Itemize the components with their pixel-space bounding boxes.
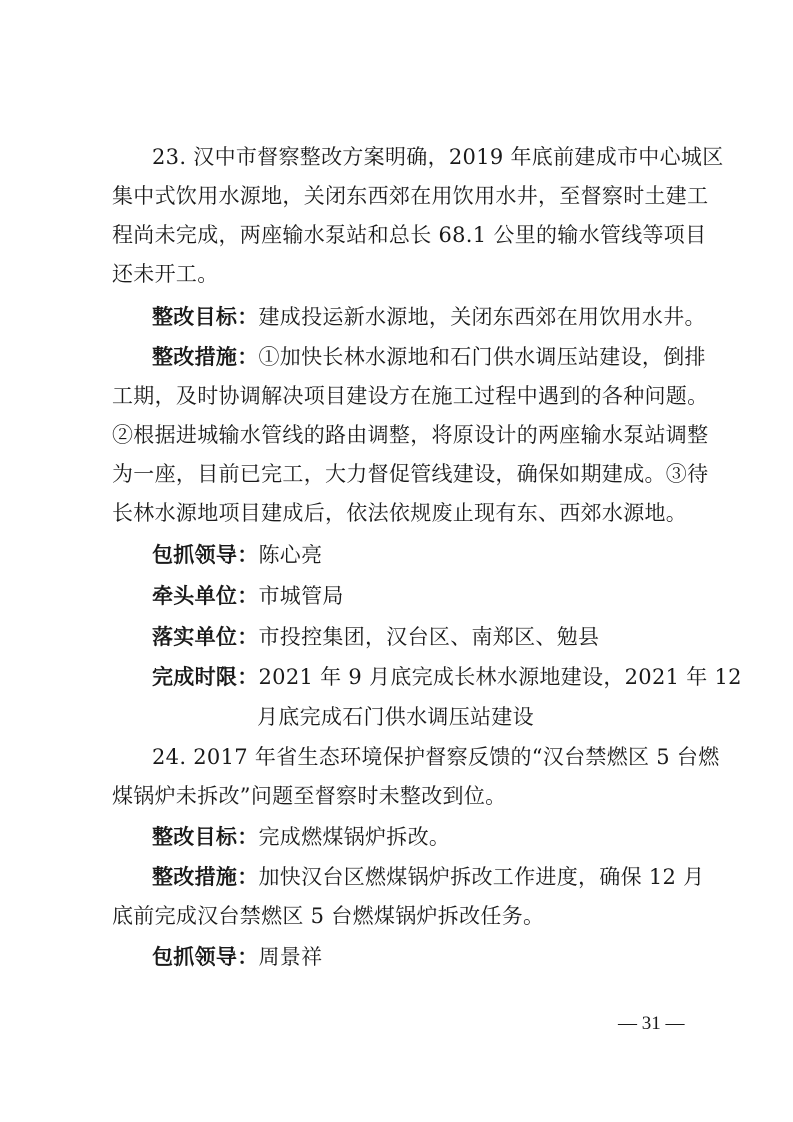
item-23-deadline: 完成时限：2021 年 9 月底完成长林水源地建设，2021 年 12 <box>152 658 702 697</box>
item-23-measures: 整改措施：①加快长林水源地和石门供水调压站建设，倒排 <box>152 338 702 377</box>
item-24-line-2: 煤锅炉未拆改”问题至督察时未整改到位。 <box>112 777 506 816</box>
measures-label: 整改措施： <box>152 345 259 369</box>
deadline-text: 2021 年 9 月底完成长林水源地建设，2021 年 12 <box>259 665 742 689</box>
item-23-measures-line-3: ②根据进城输水管线的路由调整，将原设计的两座输水泵站调整 <box>112 416 702 455</box>
lead-unit-text: 市城管局 <box>259 584 344 608</box>
measures-text: 加快汉台区燃煤锅炉拆改工作进度，确保 12 月 <box>259 865 705 889</box>
leader-name: 周景祥 <box>259 945 323 969</box>
item-23-measures-line-5: 长林水源地项目建成后，依法依规废止现有东、西郊水源地。 <box>112 494 687 533</box>
goal-label: 整改目标： <box>152 825 259 849</box>
item-23-measures-line-2: 工期，及时协调解决项目建设方在施工过程中遇到的各种问题。 <box>112 377 702 416</box>
leader-label: 包抓领导： <box>152 543 259 567</box>
implementing-units-text: 市投控集团，汉台区、南郑区、勉县 <box>259 625 600 649</box>
item-23-lead-unit: 牵头单位：市城管局 <box>152 577 344 616</box>
item-23-line-4: 还未开工。 <box>112 255 219 294</box>
deadline-label: 完成时限： <box>152 665 259 689</box>
item-23-leader: 包抓领导：陈心亮 <box>152 536 322 575</box>
item-23-implementing-units: 落实单位：市投控集团，汉台区、南郑区、勉县 <box>152 618 599 657</box>
item-23-line-3: 程尚未完成，两座输水泵站和总长 68.1 公里的输水管线等项目 <box>112 216 702 255</box>
measures-label: 整改措施： <box>152 865 259 889</box>
lead-unit-label: 牵头单位： <box>152 584 259 608</box>
item-23-goal: 整改目标：建成投运新水源地，关闭东西郊在用饮用水井。 <box>152 298 706 337</box>
item-24-line-1: 24. 2017 年省生态环境保护督察反馈的“汉台禁燃区 5 台燃 <box>152 738 702 777</box>
item-23-deadline-line-2: 月底完成石门供水调压站建设 <box>257 698 534 737</box>
measures-text: ①加快长林水源地和石门供水调压站建设，倒排 <box>259 345 706 369</box>
goal-text: 建成投运新水源地，关闭东西郊在用饮用水井。 <box>259 305 706 329</box>
goal-label: 整改目标： <box>152 305 259 329</box>
item-24-leader: 包抓领导：周景祥 <box>152 938 322 977</box>
item-24-measures: 整改措施：加快汉台区燃煤锅炉拆改工作进度，确保 12 月 <box>152 858 702 897</box>
implementing-units-label: 落实单位： <box>152 625 259 649</box>
item-24-measures-line-2: 底前完成汉台禁燃区 5 台燃煤锅炉拆改任务。 <box>112 897 544 936</box>
item-23-measures-line-4: 为一座，目前已完工，大力督促管线建设，确保如期建成。③待 <box>112 455 702 494</box>
item-23-line-1: 23. 汉中市督察整改方案明确，2019 年底前建成市中心城区 <box>152 138 702 177</box>
leader-name: 陈心亮 <box>259 543 323 567</box>
goal-text: 完成燃煤锅炉拆改。 <box>259 825 451 849</box>
page-number: — 31 — <box>618 1013 685 1035</box>
item-24-goal: 整改目标：完成燃煤锅炉拆改。 <box>152 818 450 857</box>
leader-label: 包抓领导： <box>152 945 259 969</box>
item-23-line-2: 集中式饮用水源地，关闭东西郊在用饮用水井，至督察时土建工 <box>112 177 702 216</box>
